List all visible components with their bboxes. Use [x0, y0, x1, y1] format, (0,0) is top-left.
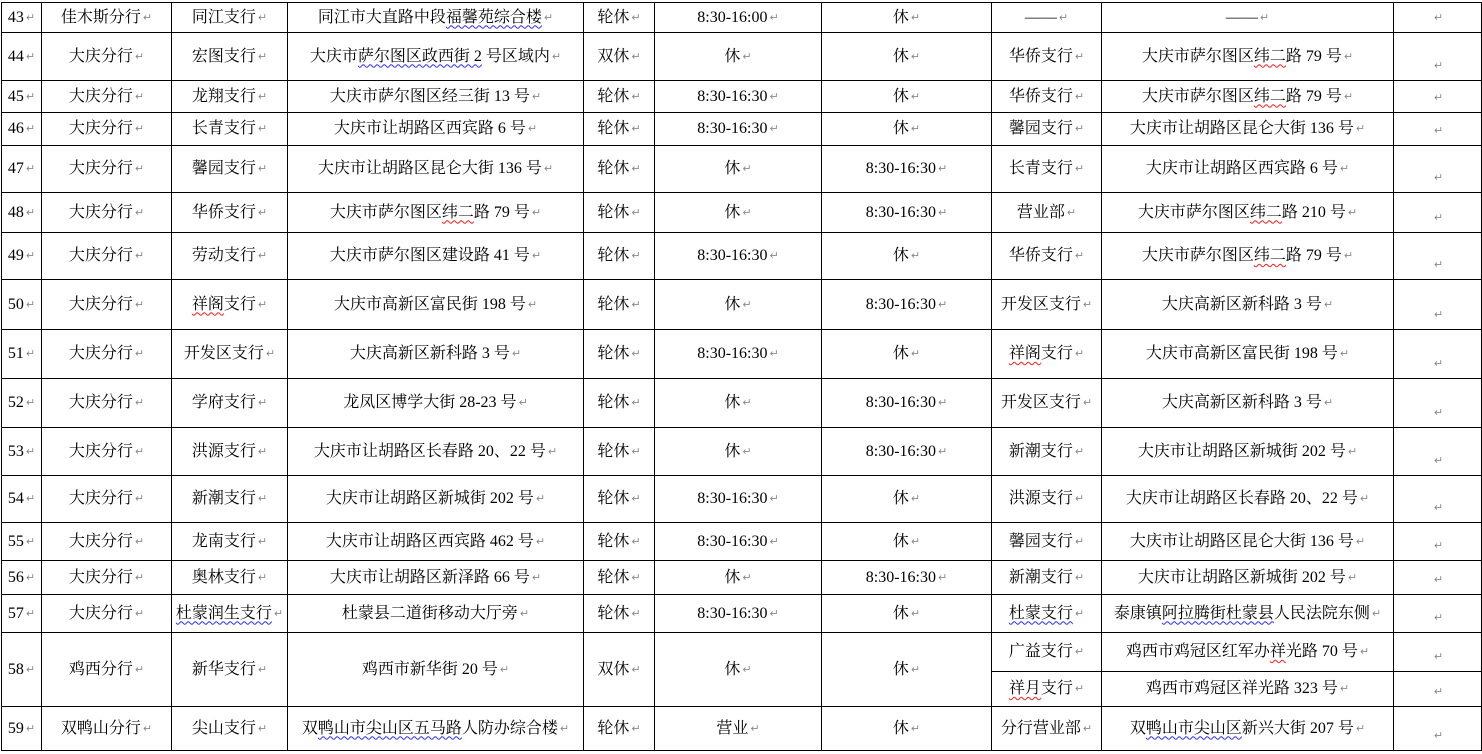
paragraph-mark: ↵ — [1340, 162, 1349, 175]
paragraph-mark: ↵ — [1075, 445, 1084, 458]
table-row: 54↵大庆分行↵新潮支行↵大庆市让胡路区新城街 202 号↵轮休↵8:30-16… — [2, 476, 1482, 523]
paragraph-mark: ↵ — [26, 11, 35, 24]
paragraph-mark: ↵ — [135, 90, 144, 103]
cell-hours-1: 8:30-16:30↵ — [655, 595, 822, 633]
paragraph-mark: ↵ — [1083, 298, 1092, 311]
cell-text: 45 — [8, 88, 24, 105]
paragraph-mark: ↵ — [770, 535, 779, 548]
paragraph-mark: ↵ — [1434, 539, 1443, 552]
cell-end: ↵ — [1394, 146, 1482, 193]
table-row: 45↵大庆分行↵龙翔支行↵大庆市萨尔图区经三街 13 号↵轮休↵8:30-16:… — [2, 81, 1482, 113]
cell-address: 大庆市让胡路区西宾路 6 号↵ — [288, 113, 584, 146]
cell-text: 大庆高新区新科路 3 号 — [1162, 296, 1322, 313]
cell-end: ↵ — [1394, 193, 1482, 233]
paragraph-mark: ↵ — [770, 607, 779, 620]
cell-rest-type: 轮休↵ — [584, 193, 655, 233]
cell-text: 分行营业部 — [1001, 720, 1081, 737]
cell-text: 洪源支行 — [192, 443, 256, 460]
paragraph-mark: ↵ — [938, 162, 947, 175]
paragraph-mark: ↵ — [536, 492, 545, 505]
paragraph-mark: ↵ — [1344, 90, 1353, 103]
paragraph-mark: ↵ — [532, 571, 541, 584]
cell-text: 鸡西市新华街 20 号 — [362, 661, 498, 678]
cell-alt-address: 泰康镇阿拉腾街杜蒙县人民法院东侧↵ — [1102, 595, 1394, 633]
cell-row-number: 54↵ — [2, 476, 42, 523]
cell-text: 营业部 — [1017, 204, 1065, 221]
cell-rest-type: 轮休↵ — [584, 113, 655, 146]
paragraph-mark: ↵ — [938, 445, 947, 458]
paragraph-mark: ↵ — [1434, 650, 1443, 663]
cell-text: 8:30-16:30 — [866, 160, 936, 177]
paragraph-mark: ↵ — [770, 90, 779, 103]
paragraph-mark: ↵ — [631, 347, 640, 360]
cell-text: 8:30-16:30 — [866, 569, 936, 586]
cell-rest-type: 轮休↵ — [584, 523, 655, 561]
paragraph-mark: ↵ — [631, 492, 640, 505]
cell-sub-branch: 同江支行↵ — [172, 3, 288, 33]
cell-address: 大庆市萨尔图区建设路 41 号↵ — [288, 233, 584, 280]
cell-hours-2: 休↵ — [822, 707, 992, 751]
paragraph-mark: ↵ — [742, 396, 751, 409]
cell-text: 轮休 — [597, 345, 629, 362]
cell-alt-address: 大庆市让胡路区西宾路 6 号↵ — [1102, 146, 1394, 193]
cell-end: ↵ — [1394, 595, 1482, 633]
cell-text: 49 — [8, 247, 24, 264]
table-row: 59↵双鸭山分行↵尖山支行↵双鸭山市尖山区五马路人防办综合楼↵轮休↵营业↵休↵分… — [2, 707, 1482, 751]
cell-text: 8:30-16:30 — [697, 490, 767, 507]
misspelled-text: 祥阁 — [192, 296, 224, 313]
paragraph-mark: ↵ — [742, 206, 751, 219]
paragraph-mark: ↵ — [1434, 11, 1443, 24]
cell-text: 大庆分行 — [69, 296, 133, 313]
cell-alt-branch: 新潮支行↵ — [992, 561, 1102, 595]
cell-hours-1: 休↵ — [655, 146, 822, 193]
paragraph-mark: ↵ — [26, 571, 35, 584]
cell-alt-branch: 馨园支行↵ — [992, 523, 1102, 561]
paragraph-mark: ↵ — [1075, 682, 1084, 695]
paragraph-mark: ↵ — [1344, 249, 1353, 262]
paragraph-mark: ↵ — [1075, 50, 1084, 63]
cell-text: 宏图支行 — [192, 48, 256, 65]
cell-text: 劳动支行 — [192, 247, 256, 264]
cell-text: 大庆市让胡路区西宾路 6 号 — [334, 120, 526, 137]
cell-text: 杜蒙县二道街移动大厅旁 — [342, 605, 518, 622]
cell-alt-branch: 广益支行↵ — [992, 633, 1102, 672]
cell-branch: 大庆分行↵ — [42, 146, 172, 193]
cell-text: 轮休 — [597, 443, 629, 460]
paragraph-mark: ↵ — [26, 535, 35, 548]
cell-alt-branch: 开发区支行↵ — [992, 379, 1102, 428]
cell-text: 大庆市让胡路区昆仑大街 136 号 — [1130, 533, 1354, 550]
paragraph-mark: ↵ — [1434, 171, 1443, 184]
cell-row-number: 50↵ — [2, 280, 42, 330]
cell-text: 开发区支行 — [1001, 296, 1081, 313]
cell-text: 休 — [724, 394, 740, 411]
cell-hours-1: 8:30-16:30↵ — [655, 330, 822, 379]
paragraph-mark: ↵ — [258, 206, 267, 219]
cell-text: 8:30-16:30 — [697, 120, 767, 137]
paragraph-mark: ↵ — [135, 50, 144, 63]
paragraph-mark: ↵ — [911, 249, 920, 262]
cell-hours-2: 休↵ — [822, 113, 992, 146]
paragraph-mark: ↵ — [631, 50, 640, 63]
paragraph-mark: ↵ — [560, 722, 569, 735]
cell-text: —— — [1025, 9, 1057, 26]
cell-hours-2: 休↵ — [822, 523, 992, 561]
cell-text: 8:30-16:30 — [866, 394, 936, 411]
cell-text: 鸡西分行 — [69, 661, 133, 678]
cell-hours-2: 休↵ — [822, 33, 992, 81]
paragraph-mark: ↵ — [770, 11, 779, 24]
paragraph-mark: ↵ — [911, 663, 920, 676]
cell-text: 尖山支行 — [192, 720, 256, 737]
cell-text: 休 — [893, 661, 909, 678]
cell-text: 大庆市让胡路区新泽路 66 号 — [330, 569, 530, 586]
cell-text: 大庆市萨尔图区经三街 13 号 — [330, 88, 530, 105]
paragraph-mark: ↵ — [1075, 90, 1084, 103]
cell-alt-address: 大庆高新区新科路 3 号↵ — [1102, 280, 1394, 330]
paragraph-mark: ↵ — [258, 571, 267, 584]
cell-text: 休 — [893, 48, 909, 65]
paragraph-mark: ↵ — [266, 347, 275, 360]
paragraph-mark: ↵ — [536, 535, 545, 548]
cell-text: 华侨支行 — [1009, 247, 1073, 264]
cell-text: 路 79 号 — [1286, 48, 1342, 65]
paragraph-mark: ↵ — [631, 206, 640, 219]
cell-text: 大庆市让胡路区昆仑大街 136 号 — [318, 160, 542, 177]
cell-text: 休 — [724, 48, 740, 65]
cell-text: 大庆市让胡路区西宾路 462 号 — [326, 533, 534, 550]
cell-hours-1: 休↵ — [655, 193, 822, 233]
cell-text: 轮休 — [597, 569, 629, 586]
cell-text: 轮休 — [597, 296, 629, 313]
misspelled-text: 纬二 — [1254, 88, 1286, 105]
cell-rest-type: 轮休↵ — [584, 379, 655, 428]
cell-rest-type: 轮休↵ — [584, 707, 655, 751]
cell-text: 大庆市 — [310, 48, 358, 65]
paragraph-mark: ↵ — [631, 122, 640, 135]
cell-end: ↵ — [1394, 561, 1482, 595]
cell-alt-address: 大庆市萨尔图区纬二路 79 号↵ — [1102, 33, 1394, 81]
cell-text: 轮休 — [597, 490, 629, 507]
cell-alt-address: ——↵ — [1102, 3, 1394, 33]
paragraph-mark: ↵ — [274, 607, 283, 620]
cell-alt-address: 大庆市让胡路区昆仑大街 136 号↵ — [1102, 523, 1394, 561]
paragraph-mark: ↵ — [631, 249, 640, 262]
cell-text: 休 — [893, 120, 909, 137]
paragraph-mark: ↵ — [938, 206, 947, 219]
paragraph-mark: ↵ — [1434, 611, 1443, 624]
cell-rest-type: 双休↵ — [584, 633, 655, 707]
paragraph-mark: ↵ — [258, 11, 267, 24]
cell-text: 支行 — [1041, 345, 1073, 362]
paragraph-mark: ↵ — [26, 249, 35, 262]
paragraph-mark: ↵ — [258, 122, 267, 135]
cell-text: 大庆市萨尔图区 — [1142, 247, 1254, 264]
cell-text: 8:30-16:30 — [697, 605, 767, 622]
cell-alt-branch: 新潮支行↵ — [992, 428, 1102, 476]
cell-address: 大庆市萨尔图区政西街 2 号区域内↵ — [288, 33, 584, 81]
paragraph-mark: ↵ — [26, 162, 35, 175]
paragraph-mark: ↵ — [1356, 722, 1365, 735]
table-row: 46↵大庆分行↵长青支行↵大庆市让胡路区西宾路 6 号↵轮休↵8:30-16:3… — [2, 113, 1482, 146]
cell-sub-branch: 杜蒙润生支行↵ — [172, 595, 288, 633]
cell-end: ↵ — [1394, 33, 1482, 81]
cell-text: 馨园支行 — [1009, 120, 1073, 137]
cell-rest-type: 轮休↵ — [584, 81, 655, 113]
paragraph-mark: ↵ — [26, 663, 35, 676]
paragraph-mark: ↵ — [1075, 645, 1084, 658]
cell-branch: 大庆分行↵ — [42, 428, 172, 476]
cell-hours-2: 8:30-16:30↵ — [822, 561, 992, 595]
cell-rest-type: 轮休↵ — [584, 233, 655, 280]
cell-address: 同江市大直路中段福馨苑综合楼↵ — [288, 3, 584, 33]
paragraph-mark: ↵ — [135, 492, 144, 505]
paragraph-mark: ↵ — [1340, 347, 1349, 360]
cell-text: 轮休 — [597, 88, 629, 105]
cell-text: 双鸭山分行 — [61, 720, 141, 737]
cell-alt-branch: ——↵ — [992, 3, 1102, 33]
cell-text: 新兴大街 207 号 — [1242, 720, 1354, 737]
cell-hours-2: 8:30-16:30↵ — [822, 193, 992, 233]
paragraph-mark: ↵ — [742, 663, 751, 676]
cell-branch: 大庆分行↵ — [42, 280, 172, 330]
cell-text: 大庆市让胡路区新城街 202 号 — [1138, 569, 1346, 586]
cell-branch: 大庆分行↵ — [42, 523, 172, 561]
paragraph-mark: ↵ — [911, 607, 920, 620]
paragraph-mark: ↵ — [26, 445, 35, 458]
cell-text: 支行 — [224, 296, 256, 313]
cell-text: 大庆市萨尔图区 — [330, 204, 442, 221]
cell-alt-branch: 营业部↵ — [992, 193, 1102, 233]
cell-hours-2: 休↵ — [822, 595, 992, 633]
cell-text: 大庆分行 — [69, 345, 133, 362]
cell-end: ↵ — [1394, 379, 1482, 428]
cell-text: 大庆分行 — [69, 247, 133, 264]
cell-text: 双 — [302, 720, 318, 737]
paragraph-mark: ↵ — [135, 607, 144, 620]
cell-hours-1: 休↵ — [655, 633, 822, 707]
cell-branch: 大庆分行↵ — [42, 33, 172, 81]
cell-text: 轮休 — [597, 533, 629, 550]
cell-text: 8:30-16:30 — [697, 533, 767, 550]
cell-row-number: 59↵ — [2, 707, 42, 751]
table-row: 43↵佳木斯分行↵同江支行↵同江市大直路中段福馨苑综合楼↵轮休↵8:30-16:… — [2, 3, 1482, 33]
cell-alt-address: 大庆市萨尔图区纬二路 79 号↵ — [1102, 81, 1394, 113]
cell-text: 新潮支行 — [1009, 569, 1073, 586]
paragraph-mark: ↵ — [258, 90, 267, 103]
cell-alt-address: 大庆市让胡路区新城街 202 号↵ — [1102, 561, 1394, 595]
cell-text: 大庆分行 — [69, 48, 133, 65]
paragraph-mark: ↵ — [742, 162, 751, 175]
cell-text: 大庆分行 — [69, 490, 133, 507]
paragraph-mark: ↵ — [1324, 298, 1333, 311]
cell-hours-2: 8:30-16:30↵ — [822, 428, 992, 476]
cell-alt-branch: 祥月支行↵ — [992, 672, 1102, 707]
cell-text: 大庆市让胡路区长春路 20、22 号 — [314, 443, 546, 460]
paragraph-mark: ↵ — [258, 249, 267, 262]
cell-end: ↵ — [1394, 81, 1482, 113]
cell-hours-1: 8:30-16:30↵ — [655, 523, 822, 561]
cell-end: ↵ — [1394, 633, 1482, 672]
cell-text: 大庆分行 — [69, 394, 133, 411]
paragraph-mark: ↵ — [1075, 492, 1084, 505]
cell-address: 鸡西市新华街 20 号↵ — [288, 633, 584, 707]
paragraph-mark: ↵ — [631, 535, 640, 548]
paragraph-mark: ↵ — [1348, 445, 1357, 458]
cell-row-number: 47↵ — [2, 146, 42, 193]
paragraph-mark: ↵ — [742, 298, 751, 311]
paragraph-mark: ↵ — [938, 396, 947, 409]
paragraph-mark: ↵ — [750, 722, 759, 735]
paragraph-mark: ↵ — [770, 122, 779, 135]
cell-text: 8:30-16:00 — [697, 9, 767, 26]
cell-rest-type: 轮休↵ — [584, 428, 655, 476]
cell-text: 44 — [8, 48, 24, 65]
cell-text: 轮休 — [597, 160, 629, 177]
cell-text: 大庆市让胡路区新城街 202 号 — [1138, 443, 1346, 460]
misspelled-text: 萨尔图区政西街 2 — [358, 48, 482, 65]
cell-alt-branch: 祥阁支行↵ — [992, 330, 1102, 379]
cell-text: 大庆分行 — [69, 120, 133, 137]
cell-alt-branch: 华侨支行↵ — [992, 33, 1102, 81]
table-row: 48↵大庆分行↵华侨支行↵大庆市萨尔图区纬二路 79 号↵轮休↵休↵8:30-1… — [2, 193, 1482, 233]
paragraph-mark: ↵ — [26, 298, 35, 311]
cell-address: 大庆市萨尔图区纬二路 79 号↵ — [288, 193, 584, 233]
cell-branch: 大庆分行↵ — [42, 113, 172, 146]
cell-hours-2: 8:30-16:30↵ — [822, 379, 992, 428]
paragraph-mark: ↵ — [135, 122, 144, 135]
cell-alt-address: 双鸭山市尖山区新兴大街 207 号↵ — [1102, 707, 1394, 751]
cell-text: 46 — [8, 120, 24, 137]
cell-address: 龙凤区博学大街 28-23 号↵ — [288, 379, 584, 428]
cell-end: ↵ — [1394, 707, 1482, 751]
paragraph-mark: ↵ — [911, 535, 920, 548]
paragraph-mark: ↵ — [1434, 501, 1443, 514]
cell-text: 华侨支行 — [192, 204, 256, 221]
paragraph-mark: ↵ — [135, 347, 144, 360]
paragraph-mark: ↵ — [500, 663, 509, 676]
paragraph-mark: ↵ — [26, 492, 35, 505]
cell-row-number: 44↵ — [2, 33, 42, 81]
cell-hours-1: 休↵ — [655, 428, 822, 476]
paragraph-mark: ↵ — [519, 396, 528, 409]
paragraph-mark: ↵ — [1434, 685, 1443, 698]
cell-hours-2: 休↵ — [822, 81, 992, 113]
paragraph-mark: ↵ — [770, 249, 779, 262]
cell-row-number: 49↵ — [2, 233, 42, 280]
cell-text: 轮休 — [597, 605, 629, 622]
paragraph-mark: ↵ — [135, 162, 144, 175]
cell-alt-address: 大庆高新区新科路 3 号↵ — [1102, 379, 1394, 428]
cell-text: 59 — [8, 720, 24, 737]
cell-hours-2: 休↵ — [822, 3, 992, 33]
cell-branch: 大庆分行↵ — [42, 81, 172, 113]
cell-text: 57 — [8, 605, 24, 622]
cell-text: 大庆分行 — [69, 160, 133, 177]
cell-text: 新潮支行 — [1009, 443, 1073, 460]
table-row: 51↵大庆分行↵开发区支行↵大庆高新区新科路 3 号↵轮休↵8:30-16:30… — [2, 330, 1482, 379]
cell-text: 龙凤区博学大街 28-23 号 — [343, 394, 516, 411]
cell-sub-branch: 洪源支行↵ — [172, 428, 288, 476]
paragraph-mark: ↵ — [770, 347, 779, 360]
cell-branch: 佳木斯分行↵ — [42, 3, 172, 33]
paragraph-mark: ↵ — [548, 445, 557, 458]
table-row: 58↵鸡西分行↵新华支行↵鸡西市新华街 20 号↵双休↵休↵休↵广益支行↵鸡西市… — [2, 633, 1482, 672]
cell-text: 8:30-16:30 — [697, 247, 767, 264]
cell-address: 大庆市让胡路区西宾路 462 号↵ — [288, 523, 584, 561]
cell-text: 人民法院东侧 — [1274, 605, 1370, 622]
paragraph-mark: ↵ — [1434, 91, 1443, 104]
cell-text: 双 — [1130, 720, 1146, 737]
cell-text: 休 — [893, 490, 909, 507]
paragraph-mark: ↵ — [631, 162, 640, 175]
cell-text: 休 — [893, 247, 909, 264]
cell-text: 大庆市萨尔图区建设路 41 号 — [330, 247, 530, 264]
cell-rest-type: 轮休↵ — [584, 146, 655, 193]
paragraph-mark: ↵ — [135, 445, 144, 458]
cell-end: ↵ — [1394, 280, 1482, 330]
cell-alt-address: 鸡西市鸡冠区祥光路 323 号↵ — [1102, 672, 1394, 707]
cell-text: 休 — [724, 569, 740, 586]
cell-text: 43 — [8, 9, 24, 26]
paragraph-mark: ↵ — [1075, 347, 1084, 360]
cell-branch: 大庆分行↵ — [42, 233, 172, 280]
cell-text: 支行 — [1041, 680, 1073, 697]
paragraph-mark: ↵ — [1434, 308, 1443, 321]
cell-text: 华侨支行 — [1009, 88, 1073, 105]
cell-text: 8:30-16:30 — [697, 88, 767, 105]
paragraph-mark: ↵ — [1083, 722, 1092, 735]
cell-text: 轮休 — [597, 720, 629, 737]
cell-text: 51 — [8, 345, 24, 362]
cell-text: 53 — [8, 443, 24, 460]
misspelled-text: 鸭山市尖山区五马路 — [318, 720, 462, 737]
cell-row-number: 51↵ — [2, 330, 42, 379]
paragraph-mark: ↵ — [1434, 59, 1443, 72]
cell-text: 大庆市萨尔图区 — [1142, 88, 1254, 105]
paragraph-mark: ↵ — [532, 90, 541, 103]
cell-text: 号区域内 — [482, 48, 550, 65]
cell-row-number: 55↵ — [2, 523, 42, 561]
table-row: 50↵大庆分行↵祥阁支行↵大庆市高新区富民街 198 号↵轮休↵休↵8:30-1… — [2, 280, 1482, 330]
paragraph-mark: ↵ — [135, 571, 144, 584]
cell-text: 休 — [724, 204, 740, 221]
cell-text: 大庆分行 — [69, 88, 133, 105]
cell-text: 广益支行 — [1009, 643, 1073, 660]
paragraph-mark: ↵ — [1340, 682, 1349, 695]
cell-hours-1: 8:30-16:30↵ — [655, 81, 822, 113]
misspelled-text: 杜蒙润生支行 — [176, 605, 272, 622]
paragraph-mark: ↵ — [911, 347, 920, 360]
paragraph-mark: ↵ — [258, 298, 267, 311]
cell-alt-branch: 分行营业部↵ — [992, 707, 1102, 751]
paragraph-mark: ↵ — [135, 298, 144, 311]
cell-text: 同江市大直路中段 — [318, 9, 446, 26]
cell-text: 双休 — [597, 661, 629, 678]
paragraph-mark: ↵ — [258, 663, 267, 676]
cell-alt-branch: 开发区支行↵ — [992, 280, 1102, 330]
cell-text: 长青支行 — [1009, 160, 1073, 177]
cell-text: 人防办综合楼 — [462, 720, 558, 737]
cell-alt-branch: 洪源支行↵ — [992, 476, 1102, 523]
paragraph-mark: ↵ — [258, 162, 267, 175]
cell-address: 大庆市萨尔图区经三街 13 号↵ — [288, 81, 584, 113]
cell-text: 馨园支行 — [192, 160, 256, 177]
cell-text: 48 — [8, 204, 24, 221]
cell-text: 大庆市萨尔图区 — [1138, 204, 1250, 221]
cell-sub-branch: 尖山支行↵ — [172, 707, 288, 751]
